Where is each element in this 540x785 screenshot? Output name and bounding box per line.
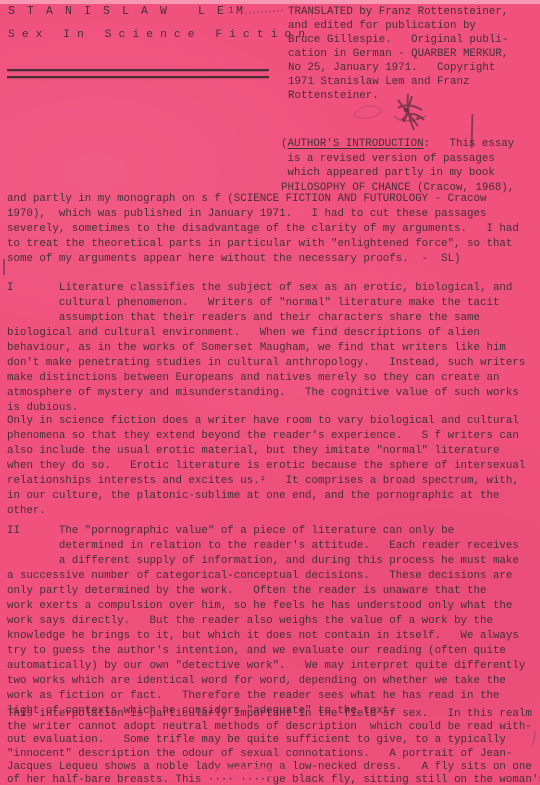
pencil-scribble: [241, 10, 283, 18]
faded-ink-smear: [203, 767, 291, 778]
scan-edge-top: [0, 0, 540, 4]
text-line: atmosphere of mystery and misunderstandi…: [7, 386, 525, 401]
text-line: other.: [7, 504, 525, 519]
text-line: a different supply of information, and d…: [7, 554, 525, 569]
text-line: some of my arguments appear here without…: [7, 252, 519, 267]
essay-title: S e x I n S c i e n c e F i c t i o n: [8, 29, 305, 41]
text-line: No 25, January 1971. Copyright: [288, 61, 508, 75]
text-line: cultural phenomenon. Writers of "normal"…: [7, 296, 525, 311]
text-line: This interpolation is particularly impor…: [7, 708, 540, 721]
text-line: assumption that their readers and their …: [7, 311, 525, 326]
text-line: Bruce Gillespie. Original publi-: [288, 33, 508, 47]
scanned-document-page: S T A N I S L A W L E M S e x I n S c i …: [0, 0, 540, 785]
text-line: severely, sometimes to the disadvantage …: [7, 222, 519, 237]
text-line: cation in German - QUARBER MERKUR,: [288, 47, 508, 61]
text-line: biological and cultural environment. Whe…: [7, 326, 525, 341]
text-line: and partly in my monograph on s f (SCIEN…: [7, 192, 519, 207]
text-line: in our culture, the platonic-sublime at …: [7, 489, 525, 504]
text-line: knowledge he brings to it, but which it …: [7, 629, 525, 644]
text-line: try to guess the author's intention, and…: [7, 644, 525, 659]
intro-heading-line: (AUTHOR'S INTRODUCTION: This essay: [281, 137, 514, 152]
text-line: phenomena so that they extend beyond the…: [7, 429, 525, 444]
intro-continuation-paragraph: and partly in my monograph on s f (SCIEN…: [7, 192, 519, 267]
double-rule-top: [7, 69, 269, 71]
section-ii-paragraph: II The "pornographic value" of a piece o…: [7, 524, 525, 719]
text-line: TRANSLATED by Franz Rottensteiner,: [288, 5, 508, 19]
text-line: out evaluation. Some trifle may be quite…: [7, 734, 540, 747]
margin-tick: [3, 259, 5, 275]
section-i-paragraph: I Literature classifies the subject of s…: [7, 281, 525, 416]
text-line: work says directly. But the reader also …: [7, 614, 525, 629]
text-line: relationships interests and excites us.¹…: [7, 474, 525, 489]
text-line: when they do so. Erotic literature is er…: [7, 459, 525, 474]
text-line: 1970), which was published in January 19…: [7, 207, 519, 222]
author-name: S T A N I S L A W L E M: [8, 5, 246, 18]
text-line: is a revised version of passages: [281, 152, 514, 167]
text-line: determined in relation to the reader's a…: [7, 539, 525, 554]
text-line: a successive number of categorical-conce…: [7, 569, 525, 584]
text-line: 1971 Stanislaw Lem and Franz: [288, 75, 508, 89]
double-rule-bottom: [7, 76, 269, 78]
text-line: II The "pornographic value" of a piece o…: [7, 524, 525, 539]
text-line: make distinctions between Europeans and …: [7, 371, 525, 386]
text-line: "innocent" description the odour of sexu…: [7, 748, 540, 761]
science-fiction-paragraph: Only in science fiction does a writer ha…: [7, 414, 525, 519]
text-line: the writer cannot adopt neutral methods …: [7, 721, 540, 734]
text-line: Only in science fiction does a writer ha…: [7, 414, 525, 429]
text-line: and edited for publication by: [288, 19, 508, 33]
text-line: don't make penetrating studies in cultur…: [7, 356, 525, 371]
intro-column-lines: is a revised version of passages which a…: [281, 152, 514, 196]
intro-heading-tail: : This essay: [424, 138, 515, 150]
text-line: two works which are identical word for w…: [7, 674, 525, 689]
text-line: work exerts a compulsion over him, so he…: [7, 599, 525, 614]
text-line: I Literature classifies the subject of s…: [7, 281, 525, 296]
page-number-mark: 1: [228, 6, 235, 17]
text-line: only partly determined by the work. Ofte…: [7, 584, 525, 599]
text-line: also include the usual erotic material, …: [7, 444, 525, 459]
text-line: work as fiction or fact. Therefore the r…: [7, 689, 525, 704]
text-line: to treat the theoretical parts in partic…: [7, 237, 519, 252]
text-line: automatically) by our own "detective wor…: [7, 659, 525, 674]
author-introduction: (AUTHOR'S INTRODUCTION: This essay is a …: [281, 137, 514, 195]
ink-blot: [348, 88, 448, 140]
text-line: behaviour, as in the works of Somerset M…: [7, 341, 525, 356]
intro-heading: AUTHOR'S INTRODUCTION: [287, 138, 423, 150]
text-line: which appeared partly in my book: [281, 166, 514, 181]
